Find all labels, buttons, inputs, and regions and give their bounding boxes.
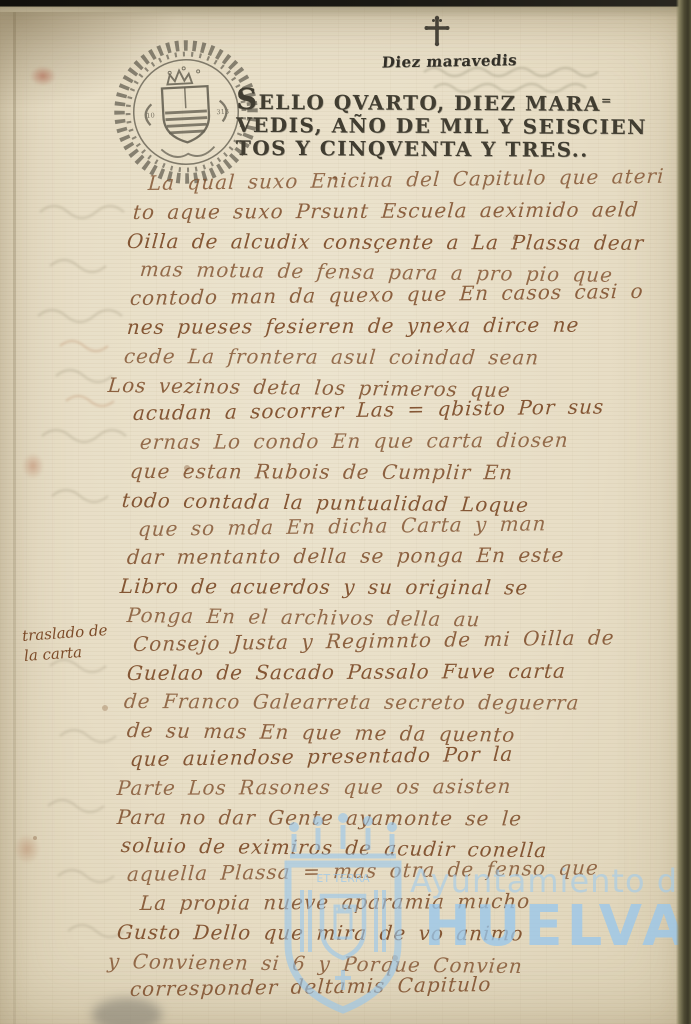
shield-motto: ET TERRA [316,872,370,885]
seal-text-line-1: SELLO QVARTO, DIEZ MARA⁼ [236,88,668,116]
seal-text-block: SELLO QVARTO, DIEZ MARA⁼ VEDIS, AÑO DE M… [236,88,668,162]
manuscript-line: cede La frontera asul coindad sean [123,344,540,369]
tax-stamp-label: Diez maravedis [381,51,552,72]
paper-stain [30,66,56,86]
manuscript-line: to aque suxo Prsunt Escuela aeximido ael… [132,197,639,224]
manuscript-line: que auiendose presentado Por la [129,742,514,771]
cross-icon [423,14,451,48]
paper-stain [14,834,40,864]
margin-note-line: traslado de [21,621,108,645]
manuscript-line: nes pueses fesieren de ynexa dirce ne [126,313,580,339]
manuscript-line: Guelao de Sacado Passalo Fuve carta [126,658,567,684]
svg-text:10: 10 [146,111,155,119]
svg-text:313: 313 [216,108,229,117]
manuscript-line: de Franco Galearreta secreto deguerra [123,689,580,715]
scan-edge-top-band [0,6,691,18]
manuscript-line: que so mda En dicha Carta y man [137,511,547,541]
paper-smudge [92,998,162,1024]
paper-crease [13,12,16,1024]
seal-text-line-3: TOS Y CINQVENTA Y TRES.. [236,137,668,162]
manuscript-line: Parte Los Rasones que os asisten [116,774,512,800]
manuscript-line: dar mentanto della se ponga En este [126,543,565,569]
manuscript-line: Oilla de alcudix consçente a La Plassa d… [126,229,645,255]
manuscript-line: ernas Lo condo En que carta diosen [139,428,569,454]
manuscript-line: que estan Rubois de Cumplir En [129,459,514,484]
watermark-org-name: HUELVA [424,894,689,959]
manuscript-line: acudan a socorrer Las = qbisto Por sus [132,395,605,426]
manuscript-line: Libro de acuerdos y su original se [119,574,529,599]
manuscript-line: contodo man da quexo que En casos casi o [129,279,644,310]
document-page: 10 313 Diez maravedis SELLO QVARTO, DIEZ… [0,6,691,1024]
scan-edge-right [676,0,691,1024]
huelva-shield-watermark: ET TERRA [276,812,410,1024]
document-scan: 10 313 Diez maravedis SELLO QVARTO, DIEZ… [0,0,691,1024]
manuscript-line: Consejo Justa y Regimnto de mi Oilla de [132,625,615,656]
